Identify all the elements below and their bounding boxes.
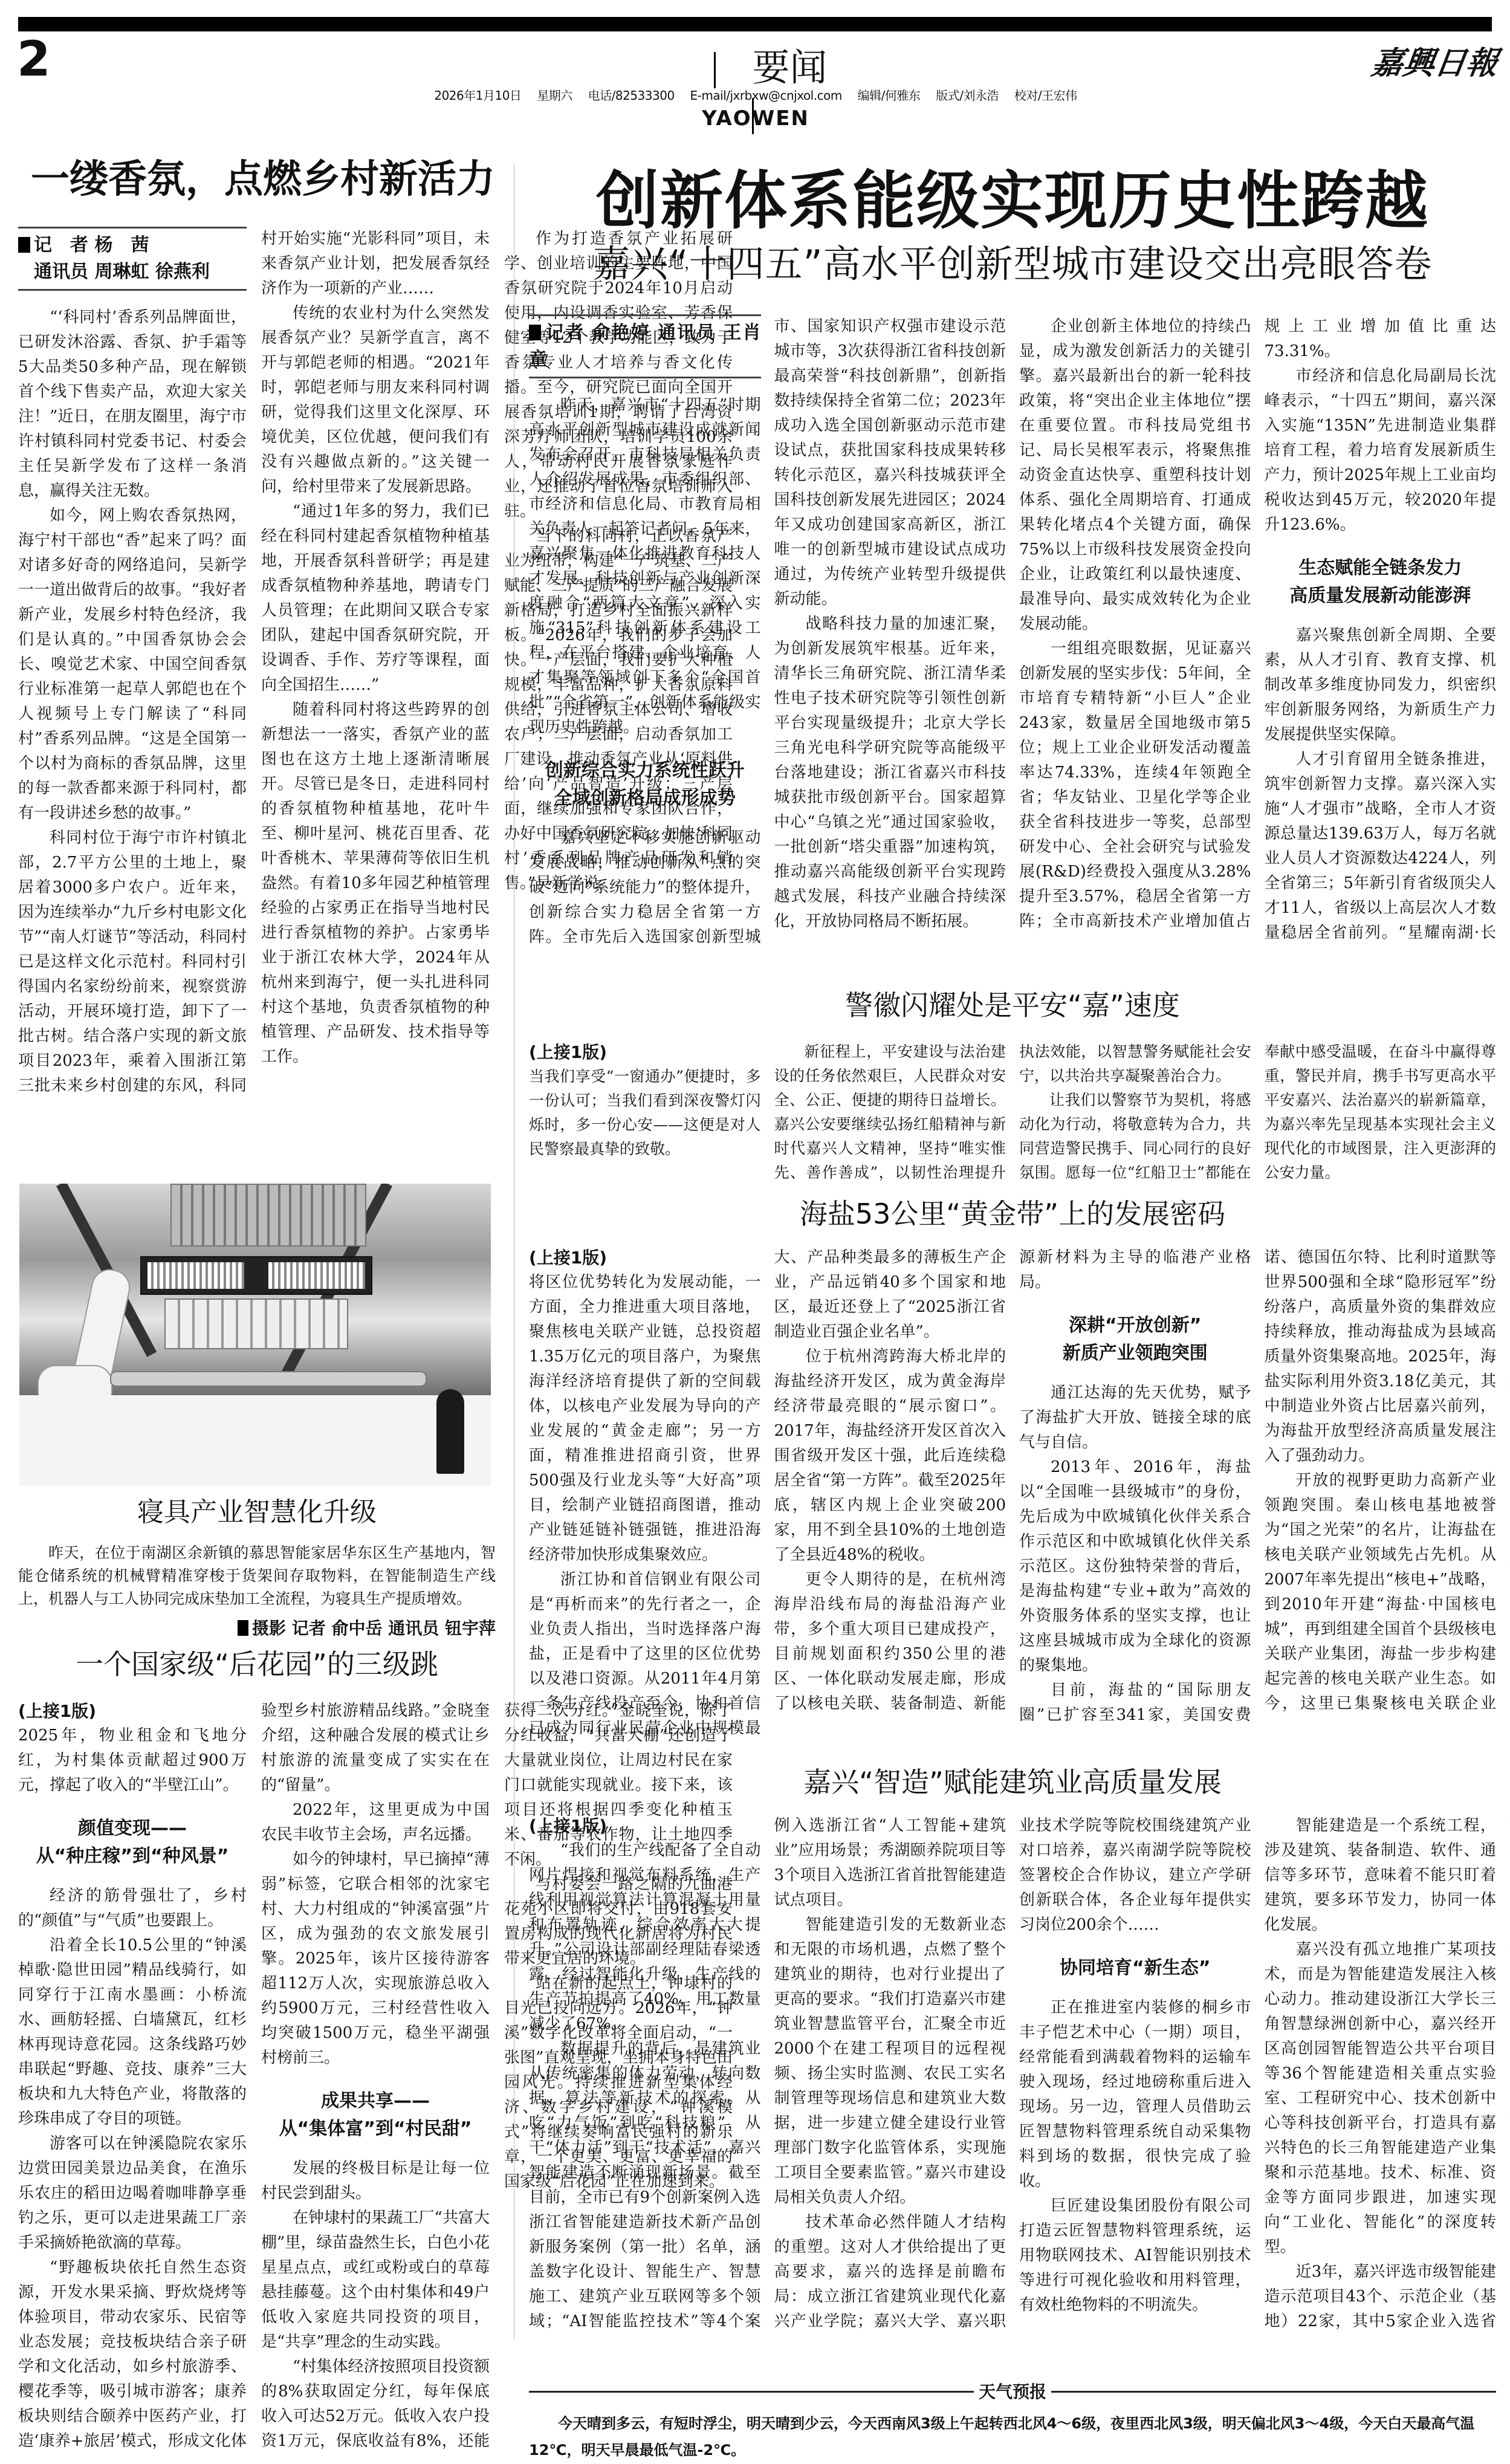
- paragraph: 智能建造是一个系统工程，涉及建筑、装备制造、软件、通信等多环节，意味着不能只盯着…: [1265, 1814, 1497, 1937]
- byline-reporter: 记 者 杨 茜: [34, 235, 149, 256]
- paragraph: 将区位优势转化为发展动能，一方面，全力推进重大项目落地，聚焦核电关联产业链，总投…: [529, 1270, 761, 1568]
- photo-caption-title: 寝具产业智慧化升级: [18, 1499, 496, 1526]
- paragraph: “通过1年多的努力，我们已经在科同村建起香氛植物种植基地，开展香氛科普研学；再是…: [261, 499, 490, 698]
- mattress-surface: [19, 1395, 491, 1486]
- zhizao-article-body: (上接1版) “我们的生产线配备了全自动网片焊接和视觉布料系统，生产线利用视觉算…: [529, 1814, 1496, 2339]
- layout-editor: 版式/刘永浩: [936, 88, 999, 103]
- paragraph: 2025年，物业租金和飞地分红，为村集体贡献超过900万元，撑起了收入的“半壁江…: [18, 1723, 247, 1798]
- main-headline: 创新体系能级实现历史性跨越: [529, 169, 1496, 232]
- weather-text: 今天晴到多云，有短时浮尘，明天晴到少云，今天西南风3级上午起转西北风4～6级，夜…: [529, 2410, 1496, 2463]
- paragraph: 当我们享受“一窗通办”便捷时，多一份认可；当我们看到深夜警灯闪烁时，多一份心安—…: [529, 1065, 761, 1161]
- weather-title: 天气预报: [529, 2379, 1496, 2403]
- haiyan-article-header: 海盐53公里“黄金带”上的发展密码: [529, 1200, 1496, 1228]
- subhead: 成果共享—— 从“集体富”到“村民甜”: [261, 2087, 490, 2143]
- led-array: [268, 1262, 365, 1289]
- masthead-meta: 2026年1月10日 星期六 电话/82533300 E-mail/jxrbxw…: [381, 86, 1130, 103]
- subhead: 颜值变现—— 从“种庄稼”到“种风景”: [18, 1815, 247, 1870]
- issue-date: 2026年1月10日: [434, 88, 521, 103]
- police-article-body: (上接1版) 当我们享受“一窗通办”便捷时，多一份认可；当我们看到深夜警灯闪烁时…: [529, 1040, 1496, 1191]
- village-article-headline: 一个国家级“后花园”的三级跳: [18, 1650, 496, 1678]
- paragraph: 嘉兴没有孤立地推广某项技术，而是为智能建造发展注入核心动力。推动建设浙江大学长三…: [1265, 1937, 1497, 2260]
- gripper-array: [164, 1298, 348, 1349]
- weekday: 星期六: [537, 88, 572, 103]
- paragraph: “我们的生产线配备了全自动网片焊接和视觉布料系统，生产线利用视觉算法计算混凝土用…: [529, 1838, 761, 2037]
- photo-caption-body: 昨天，在位于南湖区余新镇的慕思智能家居华东区生产基地内，智能仓储系统的机械臂精准…: [18, 1542, 496, 1610]
- village-article-header: 一个国家级“后花园”的三级跳: [18, 1650, 496, 1678]
- byline-marker: [529, 325, 541, 340]
- paragraph: 嘉兴聚焦创新全周期、全要素，从人才引育、教育支撑、机制改革多维度协同发力，织密织…: [1265, 623, 1497, 747]
- phone: 电话/82533300: [588, 88, 675, 103]
- credit-marker: [238, 1620, 248, 1636]
- subhead: 深耕“开放创新” 新质产业领跑突围: [1019, 1312, 1251, 1367]
- paragraph: 沿着全长10.5公里的“钟溪棹歌·隐世田园”精品线骑行，如同穿行于江南水墨画：小…: [18, 1933, 247, 2132]
- section-pinyin: YAOWEN: [677, 106, 834, 131]
- continued-label: (上接1版): [18, 1699, 247, 1723]
- paragraph: 如今的钟埭村，早已摘掉“薄弱”标签，它联合相邻的沈家宅村、大力村组成的“钟溪富强…: [261, 1847, 490, 2070]
- police-article-header: 警徽闪耀处是平安“嘉”速度: [529, 991, 1496, 1019]
- paragraph: “‘科同村’香系列品牌面世，已研发沐浴露、香氛、护手霜等5大品类50多种产品，现…: [18, 305, 247, 504]
- byline-correspondents: 通讯员 周琳虹 徐燕利: [18, 259, 247, 285]
- paragraph: 2013年、2016年，海盐以“全国唯一县级城市”的身份，先后成为中欧城镇化伙伴…: [1019, 1455, 1251, 1678]
- email: E-mail/jxrbxw@cnjxol.com: [690, 88, 842, 103]
- weather-box: 天气预报 今天晴到多云，有短时浮尘，明天晴到少云，今天西南风3级上午起转西北风4…: [529, 2379, 1496, 2463]
- proofreader: 校对/王宏伟: [1014, 88, 1077, 103]
- byline-marker: [18, 237, 30, 253]
- paragraph: 2022年，这里更成为中国农民丰收节主会场，声名远播。: [261, 1798, 490, 1847]
- photo-credit: 摄影 记者 俞中岳 通讯员 钮宇萍: [18, 1615, 496, 1639]
- paragraph: 通江达海的先天优势，赋予了海盐扩大开放、链接全球的底气与自信。: [1019, 1381, 1251, 1455]
- paragraph: 战略科技力量的加速汇聚，为创新发展筑牢根基。近年来，清华长三角研究院、浙江清华柔…: [774, 612, 1006, 934]
- column-divider: [514, 163, 514, 2339]
- paragraph: 市经济和信息化局副局长沈峰表示，“十四五”期间，嘉兴深入实施“135N”先进制造…: [1265, 364, 1497, 537]
- light-panel: [140, 1256, 372, 1295]
- paragraph: 巨匠建设集团股份有限公司打造云匠智慧物料管理系统，运用物联网技术、AI智能识别技…: [1019, 2194, 1251, 2318]
- police-article-headline: 警徽闪耀处是平安“嘉”速度: [529, 991, 1496, 1019]
- main-article-header: 创新体系能级实现历史性跨越 嘉兴“十四五”高水平创新型城市建设交出亮眼答卷: [529, 169, 1496, 283]
- paragraph: 昨天，嘉兴市“十四五”时期高水平创新型城市建设成就新闻发布会召开。市科技局相关负…: [529, 393, 761, 740]
- roller: [110, 1371, 427, 1387]
- paragraph: 在钟埭村的果蔬工厂“共富大棚”里，绿苗盎然生长，白色小花星星点点，或红或粉或白的…: [261, 2206, 490, 2355]
- left-article-byline: 记 者 杨 茜 通讯员 周琳虹 徐燕利: [18, 227, 247, 291]
- paragraph: 正在推进室内装修的桐乡市丰子恺艺术中心（一期）项目，经常能看到满载着物料的运输车…: [1019, 1996, 1251, 2194]
- haiyan-article-body: (上接1版) 将区位优势转化为发展动能，一方面，全力推进重大项目落地，聚焦核电关…: [529, 1245, 1496, 1741]
- editor: 编辑/何雅东: [858, 88, 921, 103]
- zhizao-article-header: 嘉兴“智造”赋能建筑业高质量发展: [529, 1768, 1496, 1796]
- news-photo: [19, 1184, 491, 1486]
- left-article: 一缕香氛，点燃乡村新活力: [18, 160, 508, 199]
- subhead: 生态赋能全链条发力 高质量发展新动能澎湃: [1265, 554, 1497, 610]
- continued-label: (上接1版): [529, 1040, 761, 1065]
- led-array: [147, 1262, 244, 1289]
- left-article-body: 记 者 杨 茜 通讯员 周琳虹 徐燕利 “‘科同村’香系列品牌面世，已研发沐浴露…: [18, 227, 490, 1115]
- paragraph: 随着科同村将这些跨界的创新想法一一落实，香氛产业的蓝图也在这方土地上逐渐清晰展开…: [261, 698, 490, 1069]
- continued-label: (上接1版): [529, 1245, 761, 1270]
- paragraph: 经济的筋骨强壮了，乡村的“颜值”与“气质”也要跟上。: [18, 1884, 247, 1933]
- continued-label: (上接1版): [529, 1814, 761, 1838]
- subhead: 协同培育“新生态”: [1019, 1954, 1251, 1982]
- worker: [436, 1389, 464, 1474]
- masthead: 2 要闻 2026年1月10日 星期六 电话/82533300 E-mail/j…: [0, 0, 1510, 157]
- byline-text: 记者 俞艳婷 通讯员 王肖童: [529, 322, 761, 370]
- main-article-byline: 记者 俞艳婷 通讯员 王肖童: [529, 314, 761, 378]
- divider: [714, 52, 716, 88]
- newspaper-logo: 嘉興日報: [1369, 37, 1502, 83]
- subhead: 创新综合实力系统性跃升 全域创新格局成形成势: [529, 757, 761, 812]
- zhizao-article-headline: 嘉兴“智造”赋能建筑业高质量发展: [529, 1768, 1496, 1796]
- paragraph: 游客可以在钟溪隐院农家乐边赏田园美景边品美食，在渔乐乐农庄的稻田边喝着咖啡静享垂…: [18, 2132, 247, 2255]
- masthead-top-bar: [18, 17, 1492, 31]
- overhead-rack: [170, 1184, 366, 1247]
- left-article-headline: 一缕香氛，点燃乡村新活力: [18, 160, 508, 199]
- paragraph: 位于杭州湾跨海大桥北岸的海盐经济开发区，成为黄金海岸经济带最亮眼的“展示窗口”。…: [774, 1344, 1006, 1568]
- village-article-body: (上接1版) 2025年，物业租金和飞地分红，为村集体贡献超过900万元，撑起了…: [18, 1699, 490, 2454]
- photo-caption: 寝具产业智慧化升级 昨天，在位于南湖区余新镇的慕思智能家居华东区生产基地内，智能…: [18, 1499, 496, 1639]
- credit-text: 摄影 记者 俞中岳 通讯员 钮宇萍: [252, 1618, 496, 1638]
- paragraph: 传统的农业村为什么突然发展香氛产业？吴新学直言，离不开与郭皑老师的相遇。“202…: [261, 301, 490, 499]
- paragraph: 企业创新主体地位的持续凸显，成为激发创新活力的关键引擎。嘉兴最新出台的新一轮科技…: [1019, 314, 1251, 637]
- paragraph: 智能建造引发的无数新业态和无限的市场机遇，点燃了整个建筑业的期待，也对行业提出了…: [774, 1913, 1006, 2210]
- main-article-body: 记者 俞艳婷 通讯员 王肖童 昨天，嘉兴市“十四五”时期高水平创新型城市建设成就…: [529, 314, 1496, 967]
- page-number: 2: [17, 35, 51, 83]
- paragraph: 如今，网上购农香氛热网，海宁村干部也“香”起来了吗？面对诸多好奇的网络追问，吴新…: [18, 504, 247, 826]
- paragraph: 发展的终极目标是让每一位村民尝到甜头。: [261, 2156, 490, 2206]
- haiyan-article-headline: 海盐53公里“黄金带”上的发展密码: [529, 1200, 1496, 1228]
- main-subheadline: 嘉兴“十四五”高水平创新型城市建设交出亮眼答卷: [529, 245, 1496, 283]
- section-label: 要闻: [752, 45, 827, 89]
